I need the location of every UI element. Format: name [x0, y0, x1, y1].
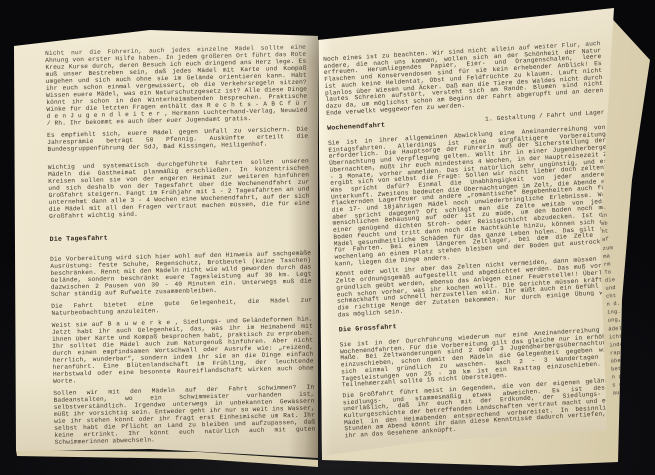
- fragment: icht,: [609, 331, 639, 341]
- fragment: ing.: [607, 307, 637, 317]
- paragraph-schwimmen: Sollen wir mit den Mädeln auf der Fahrt …: [53, 384, 315, 446]
- section-heading-wochenendfahrt: Wochenendfahrt: [327, 123, 385, 133]
- fragment: beter: [611, 363, 641, 373]
- paragraph-insurance: Es empfiehlt sich, euere Mädel gegen Unf…: [47, 126, 308, 153]
- paragraph-naturschutz: Noch eines ist zu beachten. Wir sind nic…: [323, 41, 604, 117]
- paragraph-abwicklung: Sie ist in ihrer allgemeinen Abwicklung …: [328, 125, 613, 268]
- fragment: über: [610, 355, 640, 365]
- section-subheading-gestaltung: 1. Gestaltung / Fahrt und Lager: [485, 110, 605, 124]
- paragraph-vorbereitung: Die Vorbereitung wird sich hier wohl auf…: [50, 250, 312, 298]
- gutter-shadow: [288, 28, 318, 464]
- paragraph-first-aid: Nicht nur die Führerin, auch jedes einze…: [45, 44, 308, 127]
- fragment: s euch: [612, 380, 642, 390]
- paragraph-naturbeobachtung: Die Fahrt bietet eine gute Gelegenheit, …: [51, 297, 312, 317]
- right-page-text-column: Noch eines ist zu beachten. Wir sind nic…: [323, 41, 623, 440]
- fragment: auf.: [613, 388, 643, 398]
- section-heading-tagesfahrt: Die Tagesfahrt: [50, 230, 311, 243]
- paragraph-bauwerke: Weist sie auf B a u w e r k e , Siedlung…: [52, 316, 314, 385]
- underpage-text-fragments: t a. in ab ht af zum ma rm To die und ch…: [599, 194, 643, 398]
- fragment: indet: [609, 339, 639, 349]
- fragment: n ge-: [611, 372, 641, 382]
- photo-of-open-booklet: Nicht nur die Führerin, auch jedes einze…: [0, 0, 655, 475]
- fragment: ung,: [607, 315, 637, 325]
- left-page-text-column: Nicht nur die Führerin, auch jedes einze…: [45, 44, 316, 446]
- fragment: rappe: [610, 347, 640, 357]
- paragraph-fahrten-aufbau: Wichtig und systematisch durchgeführte F…: [48, 158, 310, 220]
- fragment: ädel: [608, 323, 638, 333]
